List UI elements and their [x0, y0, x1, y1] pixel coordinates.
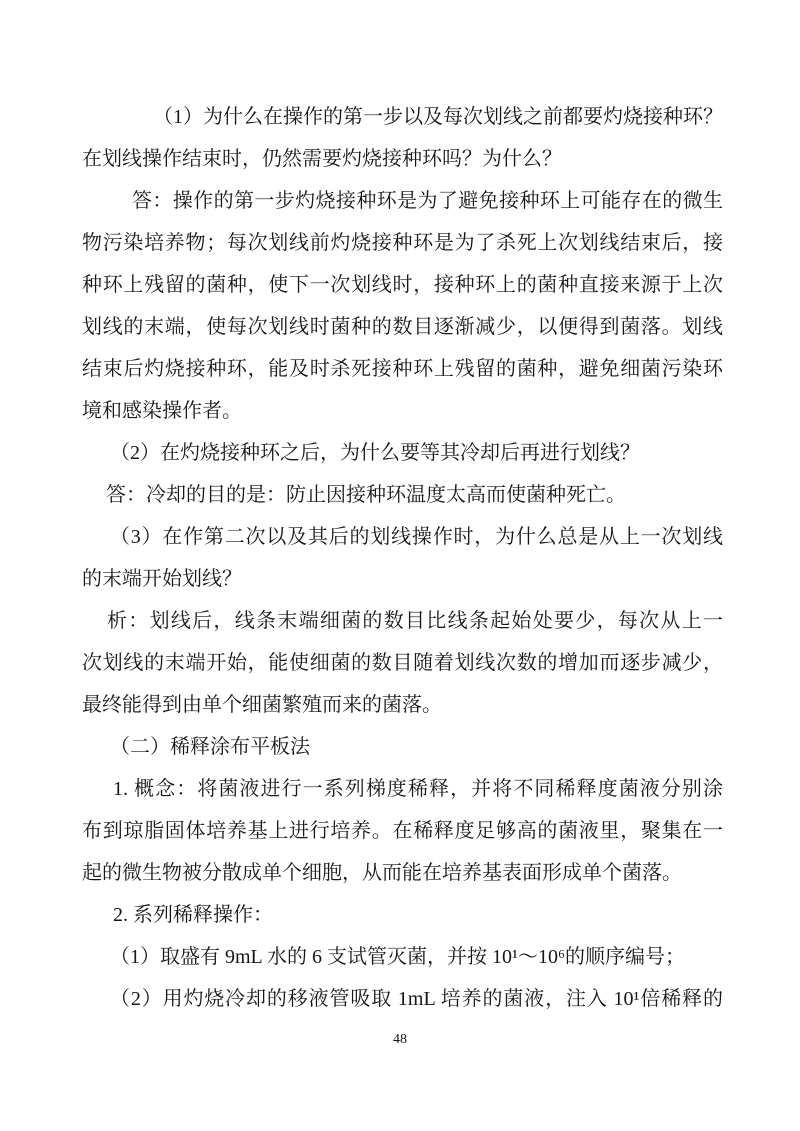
- text-line: 2. 系列稀释操作：: [82, 894, 723, 936]
- text-line: 起的微生物被分散成单个细胞，从而能在培养基表面形成单个菌落。: [82, 852, 723, 894]
- paragraph: 2. 系列稀释操作：: [82, 894, 723, 936]
- text-line: （2）用灼烧冷却的移液管吸取 1mL 培养的菌液，注入 10¹倍稀释的: [82, 978, 723, 1020]
- text-line: 布到琼脂固体培养基上进行培养。在稀释度足够高的菌液里，聚集在一: [82, 810, 723, 852]
- text-line: 1. 概念：将菌液进行一系列梯度稀释，并将不同稀释度菌液分别涂: [82, 768, 723, 810]
- text-line: （二）稀释涂布平板法: [82, 726, 723, 768]
- text-line: 答：冷却的目的是：防止因接种环温度太高而使菌种死亡。: [82, 474, 723, 516]
- text-line: 划线的末端，使每次划线时菌种的数目逐渐减少，以便得到菌落。划线: [82, 306, 723, 348]
- paragraph: 析：划线后，线条末端细菌的数目比线条起始处要少，每次从上一次划线的末端开始，能使…: [82, 600, 723, 726]
- paragraph: 1. 概念：将菌液进行一系列梯度稀释，并将不同稀释度菌液分别涂布到琼脂固体培养基…: [82, 768, 723, 894]
- text-line: 答：操作的第一步灼烧接种环是为了避免接种环上可能存在的微生: [82, 180, 723, 222]
- text-line: 的末端开始划线？: [82, 558, 723, 600]
- text-line: 在划线操作结束时，仍然需要灼烧接种环吗？为什么？: [82, 138, 723, 180]
- document-body: （1）为什么在操作的第一步以及每次划线之前都要灼烧接种环？在划线操作结束时，仍然…: [82, 96, 723, 1020]
- text-line: 物污染培养物；每次划线前灼烧接种环是为了杀死上次划线结束后，接: [82, 222, 723, 264]
- text-line: 境和感染操作者。: [82, 390, 723, 432]
- text-line: （1）为什么在操作的第一步以及每次划线之前都要灼烧接种环？: [82, 96, 723, 138]
- text-line: 种环上残留的菌种，使下一次划线时，接种环上的菌种直接来源于上次: [82, 264, 723, 306]
- document-page: （1）为什么在操作的第一步以及每次划线之前都要灼烧接种环？在划线操作结束时，仍然…: [0, 0, 800, 1131]
- paragraph: （1）为什么在操作的第一步以及每次划线之前都要灼烧接种环？在划线操作结束时，仍然…: [82, 96, 723, 180]
- paragraph: 答：冷却的目的是：防止因接种环温度太高而使菌种死亡。: [82, 474, 723, 516]
- text-line: 析：划线后，线条末端细菌的数目比线条起始处要少，每次从上一: [82, 600, 723, 642]
- text-line: （3）在作第二次以及其后的划线操作时，为什么总是从上一次划线: [82, 516, 723, 558]
- text-line: 结束后灼烧接种环，能及时杀死接种环上残留的菌种，避免细菌污染环: [82, 348, 723, 390]
- text-line: 最终能得到由单个细菌繁殖而来的菌落。: [82, 684, 723, 726]
- paragraph: （1）取盛有 9mL 水的 6 支试管灭菌，并按 10¹～10⁶的顺序编号；: [82, 936, 723, 978]
- paragraph: （2）在灼烧接种环之后，为什么要等其冷却后再进行划线？: [82, 432, 723, 474]
- text-line: （1）取盛有 9mL 水的 6 支试管灭菌，并按 10¹～10⁶的顺序编号；: [82, 936, 723, 978]
- paragraph: （二）稀释涂布平板法: [82, 726, 723, 768]
- paragraph: （3）在作第二次以及其后的划线操作时，为什么总是从上一次划线的末端开始划线？: [82, 516, 723, 600]
- text-line: 次划线的末端开始，能使细菌的数目随着划线次数的增加而逐步减少，: [82, 642, 723, 684]
- paragraph: （2）用灼烧冷却的移液管吸取 1mL 培养的菌液，注入 10¹倍稀释的: [82, 978, 723, 1020]
- page-number: 48: [0, 1030, 800, 1050]
- text-line: （2）在灼烧接种环之后，为什么要等其冷却后再进行划线？: [82, 432, 723, 474]
- paragraph: 答：操作的第一步灼烧接种环是为了避免接种环上可能存在的微生物污染培养物；每次划线…: [82, 180, 723, 432]
